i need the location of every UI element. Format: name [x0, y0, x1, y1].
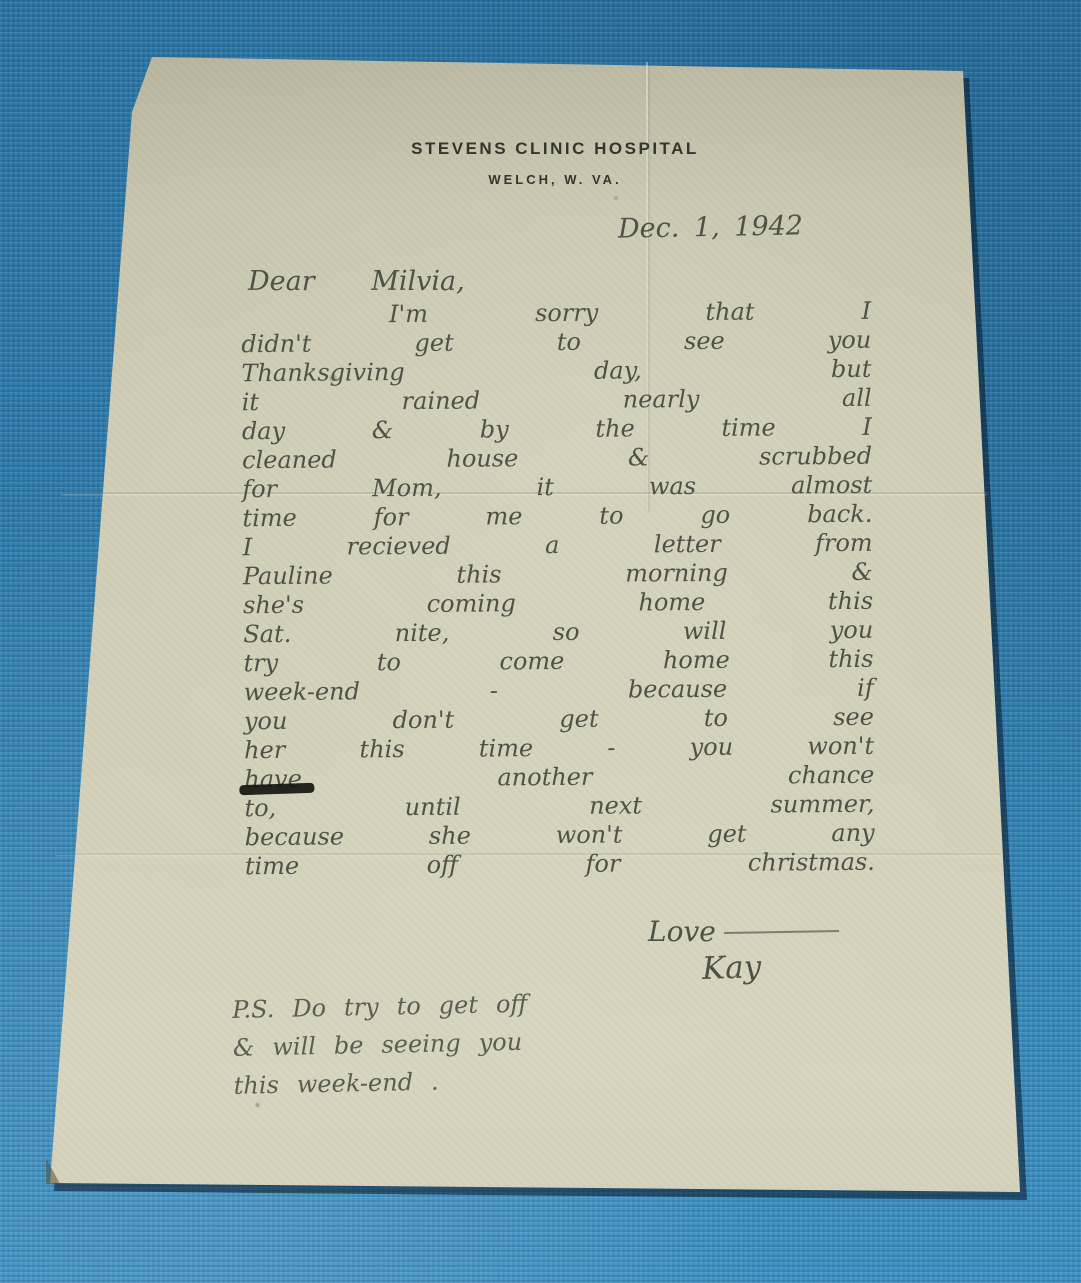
- word: -: [490, 676, 498, 705]
- handwritten-line: haveanotherchance: [244, 761, 874, 794]
- word: all: [842, 384, 872, 413]
- word: next: [589, 791, 642, 820]
- word: was: [649, 472, 696, 501]
- letterhead-city: WELCH, W. VA.: [255, 172, 855, 187]
- word: Do: [292, 994, 326, 1023]
- word: christmas.: [748, 848, 875, 878]
- handwritten-line: Thanksgivingday,but: [241, 355, 871, 388]
- word: off: [427, 851, 459, 880]
- handwritten-line: youdon'tgettosee: [244, 703, 874, 736]
- word: get: [559, 705, 598, 734]
- word: time: [242, 504, 296, 533]
- word: so: [553, 618, 580, 647]
- word: scrubbed: [759, 442, 872, 472]
- word: don't: [393, 706, 455, 735]
- word: for: [242, 475, 277, 504]
- word: for: [374, 503, 409, 532]
- word: to: [396, 992, 421, 1020]
- word: &: [233, 1033, 255, 1061]
- word: you: [478, 1028, 522, 1057]
- word: any: [831, 819, 875, 848]
- word: try: [243, 649, 278, 678]
- word: she: [429, 822, 471, 851]
- word: home: [638, 588, 705, 617]
- word: this: [233, 1071, 279, 1100]
- word: get: [414, 329, 453, 358]
- word: time: [479, 734, 533, 763]
- handwritten-line: timeformetogoback.: [242, 500, 872, 533]
- handwritten-line: itrainednearlyall: [242, 384, 872, 417]
- handwritten-line: cleanedhouse&scrubbed: [242, 442, 872, 475]
- handwritten-line: day&bythetimeI: [242, 413, 872, 446]
- handwritten-line: Sat.nite,sowillyou: [243, 616, 873, 649]
- word: Pauline: [243, 562, 333, 592]
- word: time: [721, 413, 775, 442]
- word: she's: [243, 591, 304, 620]
- word: home: [663, 646, 730, 675]
- word: to: [557, 328, 581, 357]
- word: if: [857, 674, 874, 703]
- word: be: [334, 1031, 364, 1060]
- word: &: [628, 443, 650, 472]
- corner-fold: [46, 1158, 60, 1184]
- word: &: [851, 558, 873, 587]
- handwritten-line: becauseshewon'tgetany: [245, 819, 875, 852]
- word: will: [683, 617, 727, 646]
- word: house: [446, 444, 518, 474]
- word: to,: [244, 794, 276, 823]
- word: recieved: [346, 532, 450, 562]
- word: &: [372, 416, 394, 445]
- word: week-end: [297, 1068, 414, 1098]
- word: another: [497, 763, 592, 793]
- word: time: [245, 852, 299, 881]
- word: because: [628, 675, 727, 705]
- word: chance: [788, 761, 875, 791]
- word: back.: [807, 500, 872, 529]
- handwritten-line: forMom,itwasalmost: [242, 471, 872, 504]
- word: I: [862, 413, 872, 442]
- word: to: [704, 704, 728, 733]
- handwritten-line: herthistime-youwon't: [244, 732, 874, 765]
- word: day,: [594, 356, 642, 385]
- word: to: [377, 648, 401, 677]
- word: but: [831, 355, 872, 384]
- word: a: [545, 531, 560, 560]
- word: you: [828, 326, 872, 355]
- word: rained: [402, 387, 481, 417]
- word: summer,: [770, 790, 874, 820]
- word: -: [607, 734, 615, 763]
- letter-body: I'msorrythatIdidn'tgettoseeyouThanksgivi…: [241, 297, 875, 881]
- word: won't: [807, 732, 874, 761]
- word: won't: [556, 821, 623, 850]
- word: see: [833, 703, 874, 732]
- handwritten-line: Paulinethismorning&: [243, 558, 873, 591]
- handwritten-line: timeoffforchristmas.: [245, 848, 875, 881]
- word: will: [272, 1032, 316, 1061]
- letter-date: Dec. 1, 1942: [618, 210, 803, 244]
- word: nearly: [623, 385, 700, 415]
- word: because: [245, 823, 344, 853]
- word: the: [595, 414, 635, 443]
- word: it: [242, 388, 260, 417]
- word: you: [690, 733, 734, 762]
- word: this: [828, 587, 873, 616]
- word: until: [405, 793, 461, 822]
- letter-postscript: P.S.Dotrytogetoff&willbeseeingyouthiswee…: [232, 984, 794, 1110]
- word: come: [499, 647, 564, 676]
- letter-closing: Love: [648, 915, 839, 948]
- photo-of-letter: STEVENS CLINIC HOSPITAL WELCH, W. VA. De…: [0, 0, 1081, 1283]
- word: seeing: [381, 1029, 461, 1059]
- handwritten-line: I'msorrythatI: [389, 297, 871, 329]
- letter-salutation: Dear Milvia,: [248, 266, 465, 297]
- word: try: [344, 993, 379, 1022]
- word: for: [585, 850, 620, 879]
- word: Mom,: [372, 474, 442, 503]
- word: letter: [654, 530, 721, 559]
- paper-stain: [613, 195, 619, 201]
- word: sorry: [535, 299, 598, 328]
- word: get: [438, 991, 478, 1020]
- word: go: [700, 501, 730, 530]
- word: Thanksgiving: [241, 358, 404, 388]
- word: by: [480, 415, 509, 444]
- word: this: [359, 735, 404, 764]
- word: cleaned: [242, 446, 337, 476]
- handwritten-line: she'scominghomethis: [243, 587, 873, 620]
- word: almost: [791, 471, 872, 501]
- letterhead-hospital-name: STEVENS CLINIC HOSPITAL: [255, 139, 855, 159]
- word: .: [431, 1068, 439, 1096]
- word: I: [861, 297, 871, 326]
- word: I'm: [389, 300, 428, 329]
- handwritten-line: week-end-becauseif: [244, 674, 874, 707]
- word: you: [830, 616, 874, 645]
- word: didn't: [241, 330, 311, 359]
- word: me: [485, 502, 522, 531]
- word: I: [243, 533, 253, 562]
- handwritten-line: trytocomehomethis: [243, 645, 873, 678]
- word: Sat.: [243, 620, 291, 649]
- word: that: [705, 298, 754, 327]
- word: it: [536, 473, 554, 502]
- word: her: [244, 736, 285, 765]
- handwritten-line: Irecievedaletterfrom: [243, 529, 873, 562]
- word: this: [456, 560, 501, 589]
- word: see: [684, 327, 725, 356]
- word: coming: [427, 589, 516, 619]
- word: day: [242, 417, 285, 446]
- word: from: [815, 529, 873, 558]
- word: to: [599, 502, 623, 531]
- word: week-end: [244, 677, 360, 707]
- scribbled-out-word: have: [244, 765, 302, 794]
- word: nite,: [395, 619, 450, 648]
- handwritten-line: didn'tgettoseeyou: [241, 326, 871, 359]
- word: you: [244, 707, 288, 736]
- word: this: [828, 645, 873, 674]
- word: P.S.: [232, 995, 275, 1024]
- word: morning: [625, 559, 728, 589]
- word: get: [707, 820, 746, 849]
- handwritten-line: to,untilnextsummer,: [244, 790, 874, 823]
- letter-signature: Kay: [701, 949, 761, 987]
- word: off: [496, 990, 528, 1019]
